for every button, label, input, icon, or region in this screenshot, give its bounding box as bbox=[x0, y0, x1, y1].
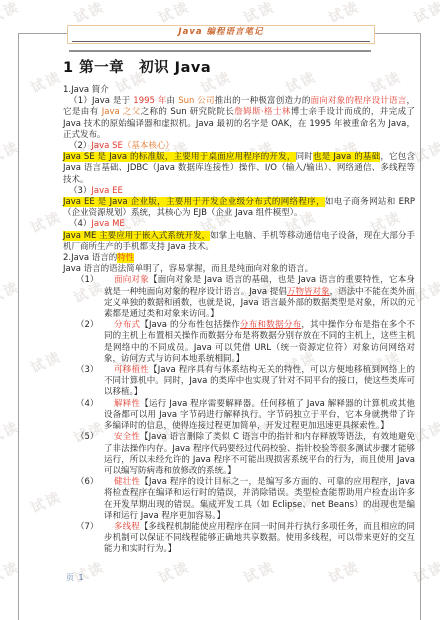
text-run: 【Java 程序具有与体系结构无关的特性，可以方便地移植到网络上的不同计算机中。… bbox=[104, 365, 415, 397]
feature-number: （4） bbox=[76, 399, 98, 410]
text-run: 【Java 语言删除了类似 C 语言中的指针和内存释放等语法，有效地避免了非法操… bbox=[104, 432, 415, 476]
text-run: Java ME 主要应用于嵌入式系统开发， bbox=[63, 231, 210, 241]
watermark-text: 试读 bbox=[70, 0, 107, 28]
text-run: 1995 年 bbox=[133, 96, 166, 106]
text-run: 【Java 程序的设计目标之一，是编写多方面的、可靠的应用程序，Java 将检查… bbox=[104, 477, 415, 521]
text-run: 也是 Java 的基础 bbox=[313, 152, 380, 162]
feature-number: （1） bbox=[76, 275, 98, 286]
text-run: 之称的 Sun 研究院院长 bbox=[141, 107, 235, 117]
text-run: （1）Java 是于 bbox=[69, 96, 133, 106]
feature-item: （7）多线程【多线程机制能使应用程序在同一时间并行执行多项任务，而且相应的同步机… bbox=[63, 522, 415, 556]
text-run: Java SE bbox=[91, 141, 122, 151]
intro-heading: 1.Java 简介 bbox=[63, 85, 415, 96]
text-run: 健壮性 bbox=[114, 477, 140, 487]
text-run: Java 之父 bbox=[102, 107, 141, 117]
text-run: 【运行 Java 程序需要解释器。任何移植了 Java 解释器的计算机或其他设备… bbox=[104, 399, 415, 431]
watermark-text: 试读 bbox=[155, 0, 192, 28]
text-run: 安全性 bbox=[114, 432, 140, 442]
chapter-title: 1 第一章 初识 Java bbox=[63, 59, 415, 77]
features-list: （1）面向对象【面向对象是 Java 语言的基础，也是 Java 语言的重要特性… bbox=[63, 275, 415, 555]
text-run: 推出的一种极富创造力的 bbox=[215, 96, 311, 106]
features-intro: Java 语言的语法简单明了，容易掌握，而且是纯面向对象的语言。 bbox=[63, 264, 415, 275]
text-run: Java 语言的语法简单明了，容易掌握，而且是纯面向对象的语言。 bbox=[63, 264, 313, 274]
java-ee-heading: （3）Java EE bbox=[63, 186, 415, 197]
text-run: （3） bbox=[69, 186, 91, 196]
page-content: 1 第一章 初识 Java 1.Java 简介 （1）Java 是于 1995 … bbox=[63, 59, 415, 556]
page-frame: Java 编程语言笔记 1 第一章 初识 Java 1.Java 简介 （1）J… bbox=[18, 33, 421, 620]
text-run: 面向对象的程序设计语言 bbox=[311, 96, 407, 106]
watermark-text: 试读 bbox=[240, 0, 277, 28]
text-run: 多线程 bbox=[114, 522, 140, 532]
text-run: 同时 bbox=[296, 152, 313, 162]
feature-number: （6） bbox=[76, 477, 98, 488]
text-run: 詹姆斯·格士林 bbox=[234, 107, 291, 117]
header-title: Java 编程语言笔记 bbox=[68, 26, 374, 39]
text-run: 1.Java 简介 bbox=[63, 85, 109, 95]
java-me-heading: （4）Java ME bbox=[63, 219, 415, 230]
feature-item: （3）可移植性【Java 程序具有与体系结构无关的特性，可以方便地移植到网络上的… bbox=[63, 365, 415, 399]
text-run: Java EE bbox=[91, 186, 122, 196]
text-run: （基本核心） bbox=[123, 141, 174, 151]
feature-item: （1）面向对象【面向对象是 Java 语言的基础，也是 Java 语言的重要特性… bbox=[63, 275, 415, 320]
text-run: Java SE 是 Java 的标准版，主要用于桌面应用程序的开发， bbox=[63, 152, 296, 162]
text-run: 万物皆对象 bbox=[287, 287, 330, 297]
text-run: （2） bbox=[69, 141, 91, 151]
text-run: （4） bbox=[69, 219, 91, 229]
intro-paragraph: （1）Java 是于 1995 年由 Sun 公司推出的一种极富创造力的面向对象… bbox=[63, 96, 415, 141]
text-run: 分布式 bbox=[114, 320, 140, 330]
feature-item: （6）健壮性【Java 程序的设计目标之一，是编写多方面的、可靠的应用程序，Ja… bbox=[63, 477, 415, 522]
feature-number: （5） bbox=[76, 432, 98, 443]
java-se-paragraph: Java SE 是 Java 的标准版，主要用于桌面应用程序的开发，同时也是 J… bbox=[63, 152, 415, 186]
feature-number: （2） bbox=[76, 320, 98, 331]
text-run: 解释性 bbox=[114, 399, 140, 409]
features-heading: 2.Java 语言的特性 bbox=[63, 253, 415, 264]
feature-item: （2）分布式【Java 的分布性包括操作分布和数据分布，其中操作分布是指在多个不… bbox=[63, 320, 415, 365]
page-number-label: 页 1 bbox=[66, 572, 85, 583]
header-underline bbox=[72, 41, 370, 42]
header-divider-line bbox=[69, 50, 371, 52]
page-header: Java 编程语言笔记 bbox=[67, 25, 375, 44]
text-run: 由 bbox=[167, 96, 179, 106]
feature-item: （5）安全性【Java 语言删除了类似 C 语言中的指针和内存释放等语法，有效地… bbox=[63, 432, 415, 477]
text-run: Java EE 是 Java 企业版，主要用于开发企业级分布式的网络程序， bbox=[63, 197, 325, 207]
text-run: 2.Java 语言的 bbox=[63, 253, 117, 263]
watermark-text: 试读 bbox=[0, 0, 23, 28]
java-me-paragraph: Java ME 主要应用于嵌入式系统开发，如掌上电脑、手机等移动通信电子设备，现… bbox=[63, 231, 415, 253]
text-run: 可移植性 bbox=[114, 365, 149, 375]
feature-number: （7） bbox=[76, 522, 98, 533]
feature-item: （4）解释性【运行 Java 程序需要解释器。任何移植了 Java 解释器的计算… bbox=[63, 399, 415, 433]
text-run: Sun 公司 bbox=[178, 96, 215, 106]
java-se-heading: （2）Java SE（基本核心） bbox=[63, 141, 415, 152]
text-run: 【Java 的分布性包括操作 bbox=[140, 320, 240, 330]
text-run: 分布和数据分布 bbox=[240, 320, 301, 330]
text-run: 面向对象 bbox=[114, 275, 149, 285]
text-run: Java ME bbox=[91, 219, 124, 229]
java-ee-paragraph: Java EE 是 Java 企业版，主要用于开发企业级分布式的网络程序，如电子… bbox=[63, 197, 415, 219]
document-canvas: { "watermark": { "text": "试读" }, "page":… bbox=[0, 0, 440, 620]
text-run: 特性 bbox=[117, 253, 134, 263]
text-run: 【多线程机制能使应用程序在同一时间并行执行多项任务，而且相应的同步机制可以保证不… bbox=[104, 522, 415, 554]
watermark-text: 试读 bbox=[410, 0, 440, 28]
feature-number: （3） bbox=[76, 365, 98, 376]
watermark-text: 试读 bbox=[325, 0, 362, 28]
